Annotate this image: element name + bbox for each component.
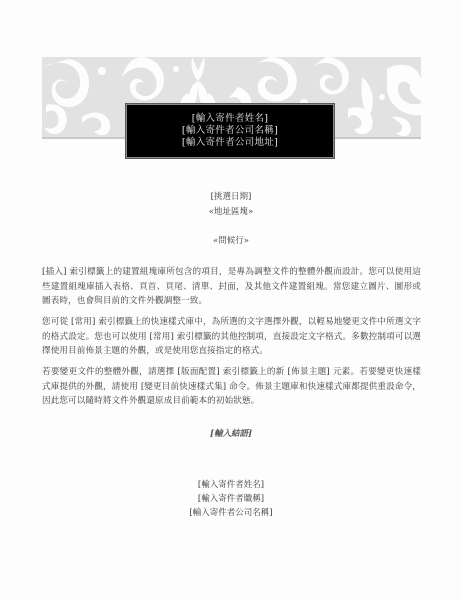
sender-name-field[interactable]: [輸入寄件者姓名] xyxy=(192,113,269,125)
signature-name-field[interactable]: [輸入寄件者姓名] xyxy=(0,480,462,491)
sender-header-box[interactable]: [輸入寄件者姓名] [輸入寄件者公司名稱] [輸入寄件者公司地址] xyxy=(126,104,334,158)
sender-address-field[interactable]: [輸入寄件者公司地址] xyxy=(182,137,278,149)
date-picker-field[interactable]: [挑選日期] xyxy=(0,192,462,203)
body-paragraph-1[interactable]: [插入] 索引標籤上的建置組塊庫所包含的項目，是專為調整文件的整體外觀而設計。您… xyxy=(42,265,421,309)
body-paragraph-2[interactable]: 您可從 [常用] 索引標籤上的快速樣式庫中，為所選的文字選擇外觀，以輕易地變更文… xyxy=(42,315,421,359)
greeting-line-field[interactable]: «問候行» xyxy=(0,236,462,247)
signature-title-field[interactable]: [輸入寄件者職稱] xyxy=(0,494,462,505)
signature-company-field[interactable]: [輸入寄件者公司名稱] xyxy=(0,508,462,519)
sender-company-field[interactable]: [輸入寄件者公司名稱] xyxy=(182,125,278,137)
body-paragraph-3[interactable]: 若要變更文件的整體外觀，請選擇 [版面配置] 索引標籤上的新 [佈景主題] 元素… xyxy=(42,365,421,409)
letter-page: [輸入寄件者姓名] [輸入寄件者公司名稱] [輸入寄件者公司地址] [挑選日期]… xyxy=(0,0,462,600)
address-block-field[interactable]: «地址區塊» xyxy=(0,207,462,218)
closing-field[interactable]: [輸入結語] xyxy=(0,429,462,440)
